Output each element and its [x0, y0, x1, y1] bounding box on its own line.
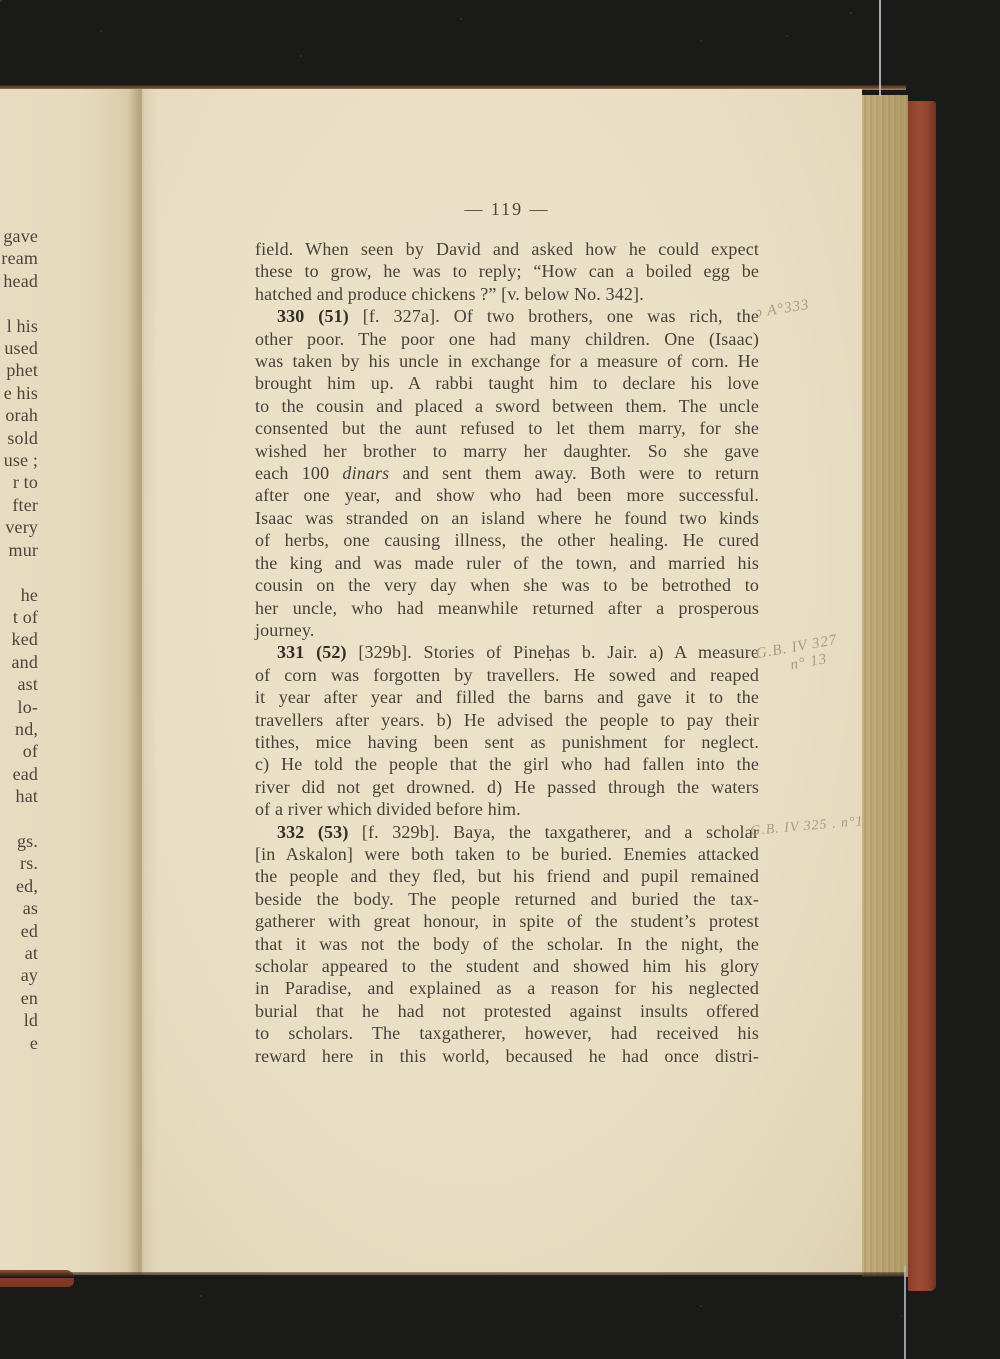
fragment-line: ked: [0, 628, 38, 650]
text-line: each 100 dinars and sent them away. Both…: [255, 462, 759, 484]
fragment-line: and: [0, 651, 38, 673]
fragment-line: ay: [0, 964, 38, 986]
bookmark-thread-bottom: [904, 1266, 906, 1359]
fore-edge-page-stack: [862, 95, 908, 1277]
fragment-line: head: [0, 270, 38, 292]
fragment-line: [0, 292, 38, 314]
text-line: 330 (51) [f. 327a]. Of two brothers, one…: [255, 305, 759, 327]
text-line: burial that he had not protested against…: [255, 1000, 759, 1022]
text-line: these to grow, he was to reply; “How can…: [255, 260, 759, 282]
fragment-line: ed,: [0, 875, 38, 897]
text-line: other poor. The poor one had many childr…: [255, 328, 759, 350]
text-line: Isaac was stranded on an island where he…: [255, 507, 759, 529]
bookmark-thread-top: [879, 0, 881, 96]
dust-speckles: [0, 0, 2, 2]
fragment-line: he: [0, 584, 38, 606]
fragment-line: r to: [0, 471, 38, 493]
fragment-line: nd,: [0, 718, 38, 740]
text-line: river did not get drowned. d) He passed …: [255, 776, 759, 798]
fragment-line: very: [0, 516, 38, 538]
fragment-line: ed: [0, 920, 38, 942]
fragment-line: t of: [0, 606, 38, 628]
text-line: of herbs, one causing illness, the other…: [255, 529, 759, 551]
fragment-line: as: [0, 897, 38, 919]
page-bottom-edge: [0, 1272, 906, 1278]
fragment-line: ream: [0, 247, 38, 269]
left-page-fragments: gavereamhead l hisusedphete hisorahsoldu…: [0, 225, 38, 1054]
text-line: cousin on the very day when she was to b…: [255, 574, 759, 596]
text-block: field. When seen by David and asked how …: [255, 238, 759, 1067]
fragment-line: rs.: [0, 852, 38, 874]
book-photo: gavereamhead l hisusedphete hisorahsoldu…: [0, 0, 1000, 1359]
fragment-line: lo-: [0, 696, 38, 718]
fragment-line: hat: [0, 785, 38, 807]
fragment-line: orah: [0, 404, 38, 426]
fragment-line: e: [0, 1032, 38, 1054]
fragment-line: at: [0, 942, 38, 964]
fragment-line: ead: [0, 763, 38, 785]
text-line: of corn was forgotten by travellers. He …: [255, 664, 759, 686]
page-number: — 119 —: [397, 199, 617, 220]
text-line: it year after year and filled the barns …: [255, 686, 759, 708]
text-line: brought him up. A rabbi taught him to de…: [255, 372, 759, 394]
text-line: her uncle, who had meanwhile returned af…: [255, 597, 759, 619]
text-line: the people and they fled, but his friend…: [255, 865, 759, 887]
text-line: in Paradise, and explained as a reason f…: [255, 977, 759, 999]
text-line: [in Askalon] were both taken to be burie…: [255, 843, 759, 865]
text-line: wished her brother to marry her daughter…: [255, 440, 759, 462]
fragment-line: sold: [0, 427, 38, 449]
fragment-line: of: [0, 740, 38, 762]
fragment-line: fter: [0, 494, 38, 516]
text-line: travellers after years. b) He advised th…: [255, 709, 759, 731]
fragment-line: use ;: [0, 449, 38, 471]
text-line: journey.: [255, 619, 759, 641]
gutter-fold: [128, 89, 158, 1275]
text-line: c) He told the people that the girl who …: [255, 753, 759, 775]
text-line: scholar appeared to the student and show…: [255, 955, 759, 977]
text-line: 332 (53) [f. 329b]. Baya, the taxgathere…: [255, 821, 759, 843]
text-line: field. When seen by David and asked how …: [255, 238, 759, 260]
fragment-line: used: [0, 337, 38, 359]
fragment-line: phet: [0, 359, 38, 381]
book-cover-right: [908, 101, 936, 1291]
fragment-line: gave: [0, 225, 38, 247]
text-line: to the cousin and placed a sword between…: [255, 395, 759, 417]
fragment-line: [0, 808, 38, 830]
fragment-line: ast: [0, 673, 38, 695]
fragment-line: [0, 561, 38, 583]
text-line: tithes, mice having been sent as punishm…: [255, 731, 759, 753]
text-line: beside the body. The people returned and…: [255, 888, 759, 910]
text-line: gatherer with great honour, in spite of …: [255, 910, 759, 932]
text-line: reward here in this world, becaused he h…: [255, 1045, 759, 1067]
fragment-line: l his: [0, 315, 38, 337]
text-line: consented but the aunt refused to let th…: [255, 417, 759, 439]
text-line: hatched and produce chickens ?” [v. belo…: [255, 283, 759, 305]
fragment-line: e his: [0, 382, 38, 404]
text-line: to scholars. The taxgatherer, however, h…: [255, 1022, 759, 1044]
fragment-line: gs.: [0, 830, 38, 852]
fragment-line: ld: [0, 1009, 38, 1031]
fragment-line: en: [0, 987, 38, 1009]
text-line: after one year, and show who had been mo…: [255, 484, 759, 506]
text-line: that it was not the body of the scholar.…: [255, 933, 759, 955]
text-line: 331 (52) [329b]. Stories of Pineḥas b. J…: [255, 641, 759, 663]
fragment-line: mur: [0, 539, 38, 561]
text-line: was taken by his uncle in exchange for a…: [255, 350, 759, 372]
text-line: the king and was made ruler of the town,…: [255, 552, 759, 574]
text-line: of a river which divided before him.: [255, 798, 759, 820]
